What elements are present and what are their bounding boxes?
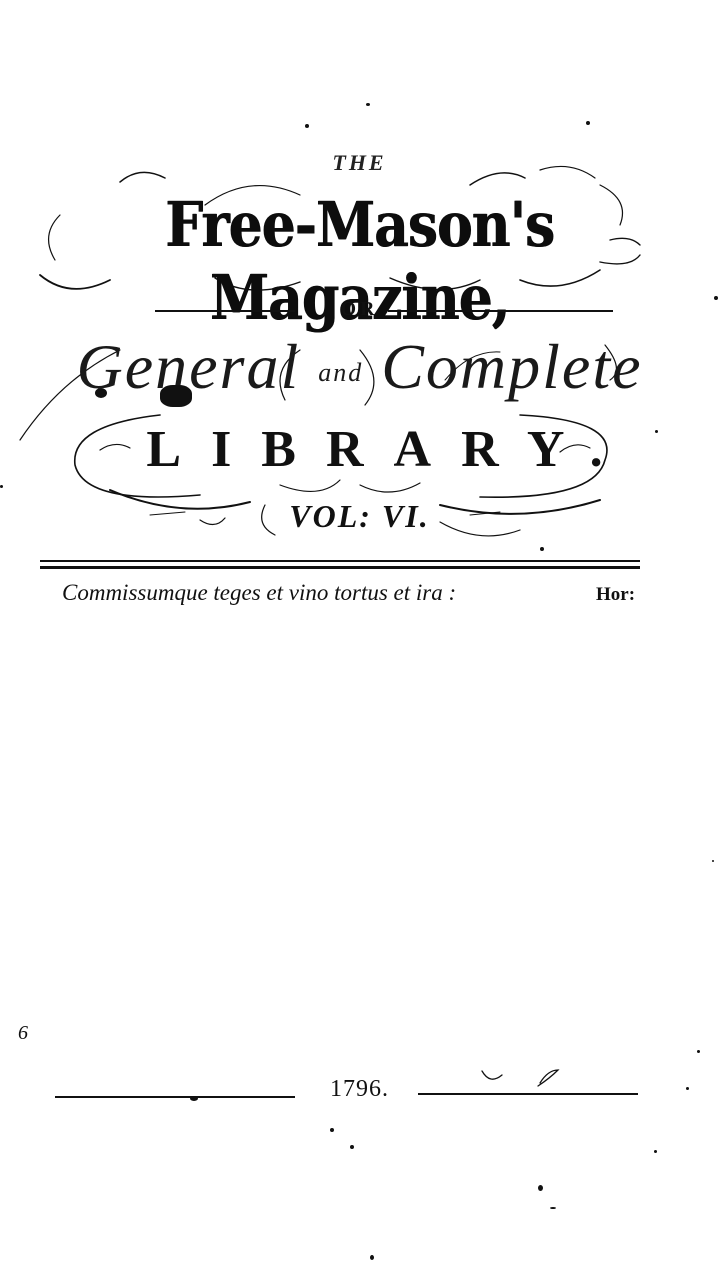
paper-speck [0,485,3,488]
paper-speck [712,860,714,862]
paper-speck [305,124,309,128]
paper-speck [370,1255,374,1260]
paper-speck [550,1207,556,1209]
double-rule-top [40,560,640,562]
paper-speck [540,547,544,551]
year-rule-right [418,1093,638,1095]
paper-speck [538,1185,543,1191]
publication-year: 1796. [0,1076,719,1103]
ink-blot [160,385,192,407]
paper-speck [654,1150,657,1153]
the-label: THE [0,150,719,176]
double-rule-bottom [40,566,640,569]
library-label: LIBRARY. [0,420,719,479]
volume-label: VOL: VI. [0,498,719,535]
latin-motto: Commissumque teges et vino tortus et ira… [62,580,456,606]
paper-speck [330,1128,334,1132]
paper-speck [655,430,658,433]
paper-speck [697,1050,700,1053]
paper-speck [686,1087,689,1090]
subtitle-and: and [318,358,363,387]
subtitle-general-and-complete: GeneralandComplete [0,330,719,404]
conjunction-or: OR [0,298,719,321]
subtitle-complete: Complete [381,331,642,402]
motto-attribution: Hor: [596,584,635,606]
ink-blot-small [95,388,107,398]
title-page: THE Free-Mason's Magazine, OR Generaland… [0,0,719,1287]
paper-speck [350,1145,354,1149]
paper-speck [366,103,370,106]
paper-speck [586,121,590,125]
margin-mark: 6 [18,1022,28,1045]
paper-speck [714,296,718,300]
